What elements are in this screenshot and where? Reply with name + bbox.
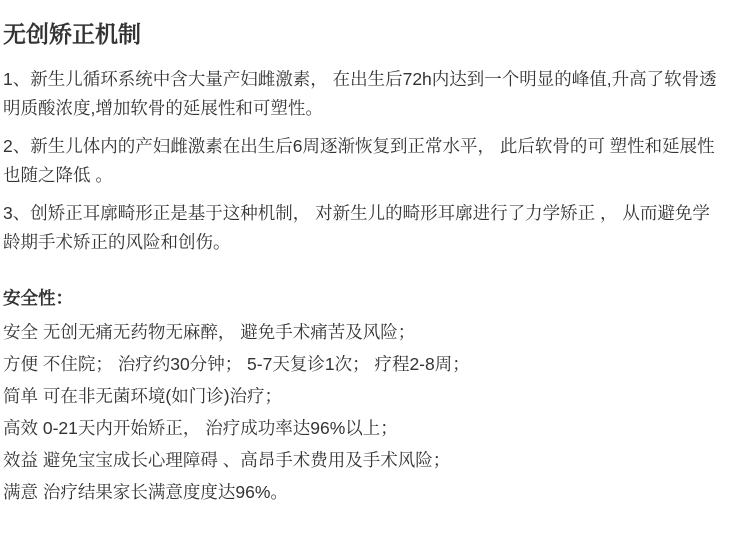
safety-item-xiaoyi: 效益 避免宝宝成长心理障碍 、高昂手术费用及手术风险；	[3, 444, 740, 476]
safety-heading: 安全性：	[3, 284, 740, 313]
mechanism-paragraph-1: 1、新生儿循环系统中含大量产妇雌激素， 在出生后72h内达到一个明显的峰值,升高…	[3, 65, 740, 123]
page-title: 无创矫正机制	[3, 21, 740, 48]
paragraph-line: 龄期手术矫正的风险和创伤。	[3, 228, 740, 257]
safety-item-anquan: 安全 无创无痛无药物无麻醉， 避免手术痛苦及风险；	[3, 316, 740, 348]
paragraph-line: 1、新生儿循环系统中含大量产妇雌激素， 在出生后72h内达到一个明显的峰值,升高…	[3, 65, 740, 94]
safety-item-manyi: 满意 治疗结果家长满意度度达96%。	[3, 476, 740, 508]
paragraph-line: 明质酸浓度,增加软骨的延展性和可塑性。	[3, 94, 740, 123]
mechanism-section: 1、新生儿循环系统中含大量产妇雌激素， 在出生后72h内达到一个明显的峰值,升高…	[3, 65, 740, 257]
safety-item-gaoxiao: 高效 0-21天内开始矫正， 治疗成功率达96%以上；	[3, 412, 740, 444]
paragraph-line: 3、创矫正耳廓畸形正是基于这种机制， 对新生儿的畸形耳廓进行了力学矫正 ， 从而…	[3, 199, 740, 228]
mechanism-paragraph-3: 3、创矫正耳廓畸形正是基于这种机制， 对新生儿的畸形耳廓进行了力学矫正 ， 从而…	[3, 199, 740, 257]
paragraph-line: 也随之降低 。	[3, 161, 740, 190]
paragraph-line: 2、新生儿体内的产妇雌激素在出生后6周逐渐恢复到正常水平， 此后软骨的可 塑性和…	[3, 132, 740, 161]
mechanism-paragraph-2: 2、新生儿体内的产妇雌激素在出生后6周逐渐恢复到正常水平， 此后软骨的可 塑性和…	[3, 132, 740, 190]
document-page: 无创矫正机制 1、新生儿循环系统中含大量产妇雌激素， 在出生后72h内达到一个明…	[0, 0, 740, 538]
safety-list: 安全 无创无痛无药物无麻醉， 避免手术痛苦及风险； 方便 不住院； 治疗约30分…	[3, 316, 740, 508]
safety-item-fangbian: 方便 不住院； 治疗约30分钟； 5-7天复诊1次； 疗程2-8周；	[3, 348, 740, 380]
safety-item-jiandan: 简单 可在非无菌环境(如门诊)治疗；	[3, 380, 740, 412]
